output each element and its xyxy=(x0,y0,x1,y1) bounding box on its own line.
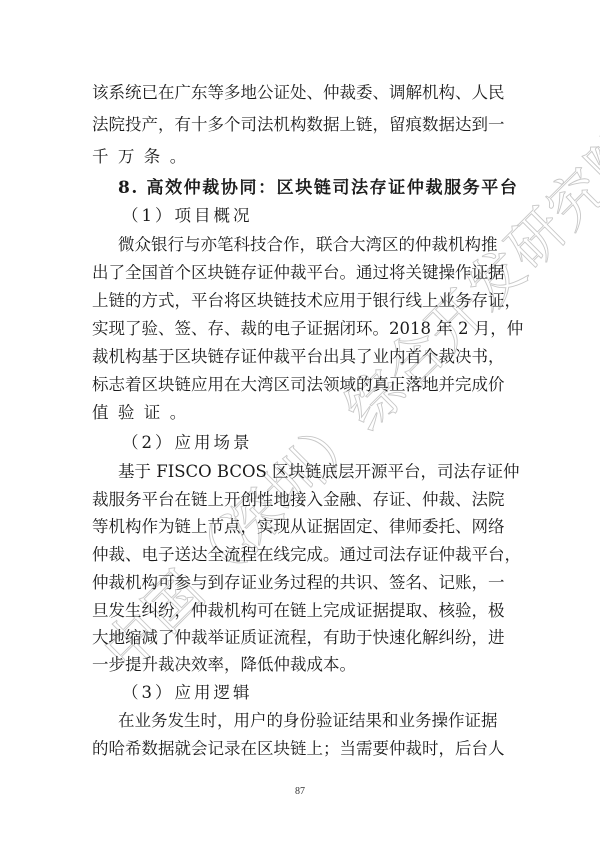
paragraph-line: 微众银行与亦笔科技合作，联合大湾区的仲裁机构推 xyxy=(118,233,536,257)
document-page: 中国（深圳）综合开发研究院 该系统已在广东等多地公证处、仲裁委、调解机构、人民 … xyxy=(0,0,600,848)
subsection-title: （2）应用场景 xyxy=(122,431,540,455)
paragraph-line: 旦发生纠纷，仲裁机构可在链上完成证据提取、核验，极 xyxy=(92,599,510,623)
paragraph-line: 基于 FISCO BCOS 区块链底层开源平台，司法存证仲 xyxy=(118,460,536,484)
paragraph-line: 法院投产，有十多个司法机构数据上链，留痕数据达到一 xyxy=(92,113,510,137)
paragraph-line: 仲裁机构可参与到存证业务过程的共识、签名、记账，一 xyxy=(92,571,510,595)
paragraph-line: 出了全国首个区块链存证仲裁平台。通过将关键操作证据 xyxy=(92,261,510,285)
section-heading: 8. 高效仲裁协同：区块链司法存证仲裁服务平台 xyxy=(118,176,518,200)
paragraph-line: 实现了验、签、存、裁的电子证据闭环。2018 年 2 月，仲 xyxy=(92,317,510,341)
paragraph-line: 值验证。 xyxy=(92,401,510,425)
paragraph-line: 一步提升裁决效率，降低仲裁成本。 xyxy=(92,653,510,677)
paragraph-line: 上链的方式，平台将区块链技术应用于银行线上业务存证， xyxy=(92,289,510,313)
subsection-title: （3）应用逻辑 xyxy=(122,681,540,705)
paragraph-line: 大地缩减了仲裁举证质证流程，有助于快速化解纠纷，进 xyxy=(92,626,510,650)
paragraph-line: 在业务发生时，用户的身份验证结果和业务操作证据 xyxy=(118,709,536,733)
subsection-title: （1）项目概况 xyxy=(122,204,540,228)
paragraph-line: 标志着区块链应用在大湾区司法领域的真正落地并完成价 xyxy=(92,373,510,397)
paragraph-line: 仲裁、电子送达全流程在线完成。通过司法存证仲裁平台， xyxy=(92,543,510,567)
paragraph-line: 的哈希数据就会记录在区块链上；当需要仲裁时，后台人 xyxy=(92,737,510,761)
paragraph-line: 裁机构基于区块链存证仲裁平台出具了业内首个裁决书， xyxy=(92,345,510,369)
paragraph-line: 裁服务平台在链上开创性地接入金融、存证、仲裁、法院 xyxy=(92,488,510,512)
paragraph-line: 该系统已在广东等多地公证处、仲裁委、调解机构、人民 xyxy=(92,81,510,105)
page-number: 87 xyxy=(0,786,600,797)
paragraph-line: 等机构作为链上节点，实现从证据固定、律师委托、网络 xyxy=(92,515,510,539)
paragraph-line: 千万条。 xyxy=(92,145,510,169)
